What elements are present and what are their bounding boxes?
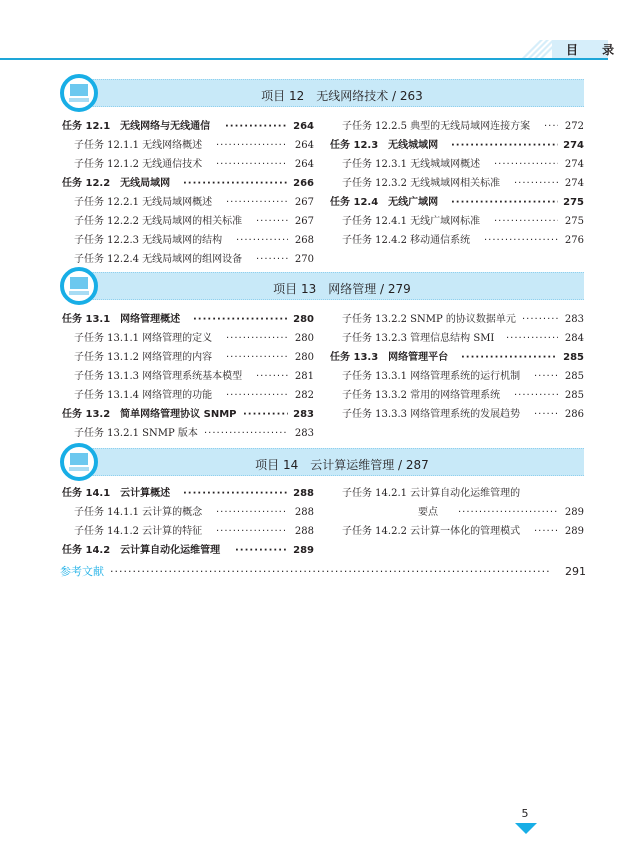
entry-label: 任务 12.2 无线局域网: [62, 174, 170, 193]
entry-page: 285: [563, 348, 584, 367]
dot-leader: ········································…: [514, 386, 558, 405]
section-banner[interactable]: 项目 12 无线网络技术 / 263: [60, 77, 584, 107]
entry-label: 任务 12.3 无线城域网: [330, 136, 438, 155]
dot-leader: ········································…: [225, 117, 288, 136]
toc-entry-subtask[interactable]: 子任务 12.2.1 无线局域网概述······················…: [62, 193, 314, 212]
dot-leader: ········································…: [494, 212, 558, 231]
entry-page: 280: [295, 329, 314, 348]
dot-leader: ········································…: [243, 405, 288, 424]
toc-entry-subtask[interactable]: 子任务 13.2.1 SNMP 版本······················…: [62, 424, 314, 443]
dot-leader: ········································…: [506, 329, 558, 348]
toc-entry-subtask[interactable]: 子任务 13.2.3 管理信息结构 SMI···················…: [330, 329, 584, 348]
entry-label: 子任务 12.4.2 移动通信系统: [342, 231, 470, 250]
entry-label: 任务 14.1 云计算概述: [62, 484, 170, 503]
entry-label: 子任务 12.2.2 无线局域网的相关标准: [74, 212, 242, 231]
toc-entry-subtask[interactable]: 子任务 13.3.3 网络管理系统的发展趋势··················…: [330, 405, 584, 424]
entry-page: 289: [565, 503, 584, 522]
entry-label: 子任务 13.2.1 SNMP 版本: [74, 424, 198, 443]
dot-leader: ········································…: [216, 522, 288, 541]
dot-leader: ········································…: [256, 212, 288, 231]
entry-page: 267: [295, 193, 314, 212]
left-column: 任务 12.1 无线网络与无线通信·······················…: [62, 117, 314, 269]
toc-entry-subtask[interactable]: 子任务 14.1.1 云计算的概念·······················…: [62, 503, 314, 522]
entry-page: 275: [565, 212, 584, 231]
entry-page: 283: [565, 310, 584, 329]
section-title: 项目 13 网络管理 / 279: [80, 280, 604, 297]
right-column: 子任务 13.2.2 SNMP 的协议数据单元·················…: [330, 310, 584, 424]
entry-label: 子任务 12.1.1 无线网络概述: [74, 136, 202, 155]
entry-page: 276: [565, 231, 584, 250]
dot-leader: ········································…: [256, 367, 288, 386]
entry-page: 264: [293, 117, 314, 136]
entry-label: 子任务 14.2.2 云计算一体化的管理模式: [342, 522, 520, 541]
dot-leader: ········································…: [256, 250, 288, 269]
entry-page: 284: [565, 329, 584, 348]
entry-page: 285: [565, 386, 584, 405]
toc-entry-subtask[interactable]: 子任务 14.2.1 云计算自动化运维管理的: [330, 484, 584, 503]
toc-entry-subtask[interactable]: 子任务 12.2.5 典型的无线局域网连接方案·················…: [330, 117, 584, 136]
entry-label: 子任务 14.1.1 云计算的概念: [74, 503, 202, 522]
dot-leader: ········································…: [534, 367, 558, 386]
entry-page: 264: [295, 155, 314, 174]
dot-leader: ········································…: [226, 193, 288, 212]
computer-monitor-icon: [60, 267, 98, 305]
toc-entry-task[interactable]: 任务 12.2 无线局域网···························…: [62, 174, 314, 193]
toc-entry-task[interactable]: 任务 12.4 无线广域网···························…: [330, 193, 584, 212]
triangle-down-icon: [515, 823, 537, 834]
entry-label: 子任务 12.2.3 无线局域网的结构: [74, 231, 222, 250]
entry-label: 子任务 12.1.2 无线通信技术: [74, 155, 202, 174]
dot-leader: ········································…: [484, 231, 558, 250]
references-label: 参考文献: [60, 562, 104, 582]
entry-label: 子任务 13.2.3 管理信息结构 SMI: [342, 329, 494, 348]
entry-page: 266: [293, 174, 314, 193]
section-title: 项目 14 云计算运维管理 / 287: [80, 456, 604, 473]
entry-label: 子任务 14.2.1 云计算自动化运维管理的: [342, 484, 520, 503]
toc-entry-task[interactable]: 任务 12.3 无线城域网···························…: [330, 136, 584, 155]
entry-page: 268: [295, 231, 314, 250]
entry-page: 280: [295, 348, 314, 367]
dot-leader: ········································…: [494, 155, 558, 174]
toc-entry-subtask[interactable]: 子任务 13.1.2 网络管理的内容······················…: [62, 348, 314, 367]
right-column: 子任务 14.2.1 云计算自动化运维管理的要点················…: [330, 484, 584, 541]
entry-page: 264: [295, 136, 314, 155]
entry-page: 288: [293, 484, 314, 503]
dot-leader: ········································…: [461, 348, 558, 367]
entry-label: 子任务 13.1.4 网络管理的功能: [74, 386, 212, 405]
dot-leader: ········································…: [451, 193, 558, 212]
dot-leader: ········································…: [226, 348, 288, 367]
banner-bar: 项目 12 无线网络技术 / 263: [80, 79, 584, 107]
toc-entry-subtask[interactable]: 子任务 12.4.1 无线广域网标准······················…: [330, 212, 584, 231]
toc-entry-subtask[interactable]: 子任务 13.1.1 网络管理的定义······················…: [62, 329, 314, 348]
entry-page: 283: [295, 424, 314, 443]
dot-leader: ········································…: [514, 174, 558, 193]
header-rule: [0, 58, 608, 60]
header-title: 目 录: [566, 41, 624, 58]
entry-page: 270: [295, 250, 314, 269]
toc-entry-subtask[interactable]: 子任务 13.1.4 网络管理的功能······················…: [62, 386, 314, 405]
toc-entry-subtask[interactable]: 子任务 13.3.1 网络管理系统的运行机制··················…: [330, 367, 584, 386]
entry-page: 272: [565, 117, 584, 136]
entry-label: 子任务 13.3.1 网络管理系统的运行机制: [342, 367, 520, 386]
entry-label: 任务 13.3 网络管理平台: [330, 348, 448, 367]
dot-leader: ········································…: [534, 405, 558, 424]
dot-leader: ········································…: [236, 231, 288, 250]
entry-label: 子任务 13.3.2 常用的网络管理系统: [342, 386, 500, 405]
entry-label: 子任务 13.1.3 网络管理系统基本模型: [74, 367, 242, 386]
banner-bar: 项目 13 网络管理 / 279: [80, 272, 584, 300]
entry-label: 子任务 12.2.1 无线局域网概述: [74, 193, 212, 212]
toc-entry-subtask[interactable]: 子任务 13.3.2 常用的网络管理系统····················…: [330, 386, 584, 405]
entry-page: 267: [295, 212, 314, 231]
toc-entry-subtask[interactable]: 子任务 12.3.2 无线城域网相关标准····················…: [330, 174, 584, 193]
left-column: 任务 13.1 网络管理概述··························…: [62, 310, 314, 443]
entry-page: 289: [293, 541, 314, 560]
toc-entry-subtask[interactable]: 子任务 12.2.3 无线局域网的结构·····················…: [62, 231, 314, 250]
dot-leader: ········································…: [204, 424, 288, 443]
dot-leader: ········································…: [183, 174, 288, 193]
section-banner[interactable]: 项目 13 网络管理 / 279: [60, 270, 584, 300]
toc-entry-subtask[interactable]: 子任务 12.2.2 无线局域网的相关标准···················…: [62, 212, 314, 231]
dot-leader: ········································…: [110, 562, 550, 582]
section-banner[interactable]: 项目 14 云计算运维管理 / 287: [60, 446, 584, 476]
computer-monitor-icon: [60, 74, 98, 112]
dot-leader: ········································…: [451, 136, 558, 155]
dot-leader: ········································…: [183, 484, 288, 503]
entry-label: 子任务 13.1.1 网络管理的定义: [74, 329, 212, 348]
dot-leader: ········································…: [226, 386, 288, 405]
entry-page: 280: [293, 310, 314, 329]
entry-label: 任务 12.4 无线广域网: [330, 193, 438, 212]
dot-leader: ········································…: [458, 503, 558, 522]
entry-page: 275: [563, 193, 584, 212]
entry-label: 子任务 12.3.1 无线城域网概述: [342, 155, 480, 174]
left-column: 任务 14.1 云计算概述···························…: [62, 484, 314, 560]
entry-page: 289: [565, 522, 584, 541]
entry-label: 任务 14.2 云计算自动化运维管理: [62, 541, 220, 560]
toc-entry-task[interactable]: 任务 13.2 简单网络管理协议 SNMP···················…: [62, 405, 314, 424]
entry-page: 283: [293, 405, 314, 424]
entry-label: 任务 12.1 无线网络与无线通信: [62, 117, 210, 136]
toc-entry-subtask[interactable]: 子任务 12.4.2 移动通信系统·······················…: [330, 231, 584, 250]
dot-leader: ········································…: [534, 522, 558, 541]
entry-page: 288: [295, 522, 314, 541]
entry-label: 子任务 12.4.1 无线广域网标准: [342, 212, 480, 231]
toc-entry-task[interactable]: 任务 14.2 云计算自动化运维管理······················…: [62, 541, 314, 560]
entry-page: 274: [563, 136, 584, 155]
entry-label: 子任务 14.1.2 云计算的特征: [74, 522, 202, 541]
dot-leader: ········································…: [216, 136, 288, 155]
dot-leader: ········································…: [544, 117, 558, 136]
entry-label: 子任务 12.3.2 无线城域网相关标准: [342, 174, 500, 193]
right-column: 子任务 12.2.5 典型的无线局域网连接方案·················…: [330, 117, 584, 250]
toc-entry-subtask[interactable]: 子任务 12.1.2 无线通信技术·······················…: [62, 155, 314, 174]
toc-entry-subtask[interactable]: 子任务 13.1.3 网络管理系统基本模型···················…: [62, 367, 314, 386]
toc-entry-task[interactable]: 任务 13.1 网络管理概述··························…: [62, 310, 314, 329]
entry-label: 任务 13.2 简单网络管理协议 SNMP: [62, 405, 237, 424]
dot-leader: ········································…: [235, 541, 288, 560]
entry-page: 282: [295, 386, 314, 405]
dot-leader: ········································…: [522, 310, 558, 329]
toc-entry-subtask[interactable]: 子任务 12.2.4 无线局域网的组网设备···················…: [62, 250, 314, 269]
entry-label: 子任务 13.3.3 网络管理系统的发展趋势: [342, 405, 520, 424]
dot-leader: ········································…: [226, 329, 288, 348]
toc-entry-subtask[interactable]: 子任务 13.2.2 SNMP 的协议数据单元·················…: [330, 310, 584, 329]
toc-entry-references[interactable]: 参考文献 ···································…: [60, 562, 586, 582]
toc-entry-subtask[interactable]: 子任务 14.1.2 云计算的特征·······················…: [62, 522, 314, 541]
toc-entry-subtask[interactable]: 子任务 12.3.1 无线城域网概述······················…: [330, 155, 584, 174]
entry-label: 子任务 12.2.4 无线局域网的组网设备: [74, 250, 242, 269]
entry-label: 子任务 13.2.2 SNMP 的协议数据单元: [342, 310, 516, 329]
entry-page: 274: [565, 155, 584, 174]
toc-entry-task[interactable]: 任务 12.1 无线网络与无线通信·······················…: [62, 117, 314, 136]
dot-leader: ········································…: [216, 503, 288, 522]
entry-label: 任务 13.1 网络管理概述: [62, 310, 180, 329]
section-title: 项目 12 无线网络技术 / 263: [80, 87, 604, 104]
toc-entry-subtask[interactable]: 要点······································…: [330, 503, 584, 522]
page-number: 5: [519, 807, 531, 820]
banner-bar: 项目 14 云计算运维管理 / 287: [80, 448, 584, 476]
entry-label: 要点: [418, 503, 438, 522]
entry-page: 285: [565, 367, 584, 386]
computer-monitor-icon: [60, 443, 98, 481]
toc-entry-subtask[interactable]: 子任务 12.1.1 无线网络概述·······················…: [62, 136, 314, 155]
toc-entry-task[interactable]: 任务 13.3 网络管理平台··························…: [330, 348, 584, 367]
entry-label: 子任务 12.2.5 典型的无线局域网连接方案: [342, 117, 530, 136]
entry-page: 288: [295, 503, 314, 522]
dot-leader: ········································…: [193, 310, 288, 329]
entry-page: 281: [295, 367, 314, 386]
dot-leader: ········································…: [216, 155, 288, 174]
references-page: 291: [565, 562, 586, 582]
toc-entry-task[interactable]: 任务 14.1 云计算概述···························…: [62, 484, 314, 503]
entry-label: 子任务 13.1.2 网络管理的内容: [74, 348, 212, 367]
toc-entry-subtask[interactable]: 子任务 14.2.2 云计算一体化的管理模式··················…: [330, 522, 584, 541]
entry-page: 286: [565, 405, 584, 424]
entry-page: 274: [565, 174, 584, 193]
